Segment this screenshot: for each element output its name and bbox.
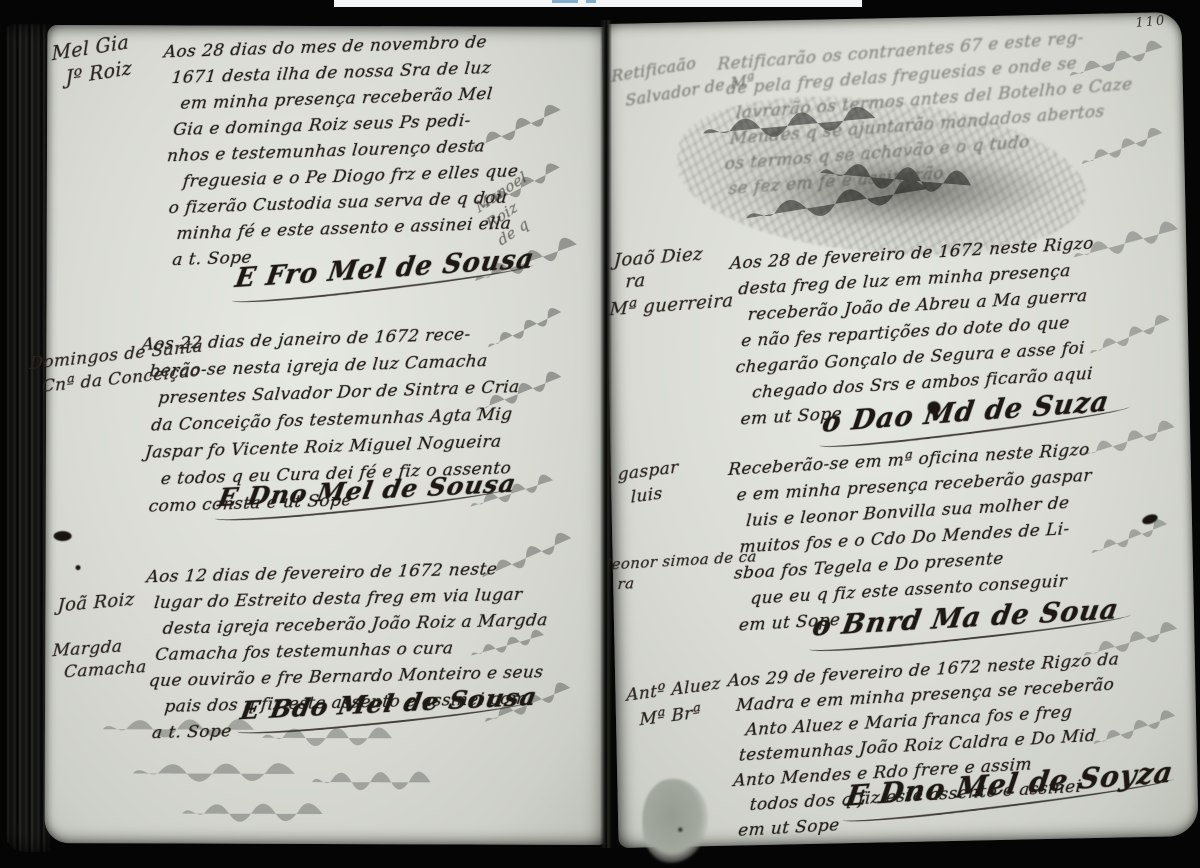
margin-note: MargdaCamacha <box>52 634 148 684</box>
page-right: 110 Retificarão os contraentes 67 e este… <box>601 12 1198 848</box>
manuscript-line: gaspar <box>618 455 679 487</box>
manuscript-line: o fizerão Custodia sua serva de q dou <box>168 185 515 222</box>
margin-note: RetificaãoSalvador de Mª <box>609 42 757 116</box>
margin-note: Mª guerreira <box>609 290 735 321</box>
blue-mark <box>586 0 596 3</box>
manuscript-line: Mª Brª <box>640 697 725 734</box>
page-left: Aos 28 dias do mes de novembro de1671 de… <box>45 25 610 845</box>
ghost-writing <box>1064 62 1199 784</box>
margin-note: gasparluis <box>616 456 683 511</box>
ink-blot <box>927 401 940 414</box>
blue-mark <box>552 0 578 3</box>
manuscript-line: Gia e dominga Roiz seus Ps pedi- <box>172 107 512 144</box>
page-gutter <box>600 20 612 848</box>
manuscript-line: Camacha <box>63 656 147 684</box>
ghost-writing <box>698 109 1081 257</box>
manuscript-line: em minha presença receberão Mel <box>179 81 511 117</box>
manuscript-line: ra <box>625 266 705 294</box>
margin-note: Domingos de SantaCnª da Conceiçao <box>28 335 206 400</box>
manuscript-line: Domingos de Santa <box>29 334 203 376</box>
manuscript-line: Retificaão <box>611 41 751 90</box>
manuscript-line: Margda <box>52 634 146 662</box>
manuscript-line: Joaõ Diez <box>613 244 703 273</box>
manuscript-line: e todos q eu Cura dei fé e fiz o assento <box>160 455 527 494</box>
manuscript-line: Mel Gia <box>51 29 129 67</box>
margin-note: leonor simoa de cara <box>606 546 759 594</box>
margin-note: Joã Roiz <box>57 588 136 618</box>
manuscript-line: 1671 desta ilha de nossa Sra de luz <box>170 55 510 92</box>
manuscript-line: Jº Roiz <box>65 55 133 92</box>
folio-number: 110 <box>1135 13 1167 31</box>
top-light-strip <box>334 0 862 7</box>
margin-note: Antº AluezMª Brª <box>625 671 726 735</box>
manuscript-line: nhos e testemunhas lourenço desta <box>166 133 513 170</box>
manuscript-line: ra <box>617 566 759 594</box>
ghost-writing <box>100 715 520 826</box>
ghost-writing <box>464 138 615 459</box>
manuscript-line: Aos 28 dias do mes de novembro de <box>163 29 510 66</box>
margin-note: Joaõ Diezra <box>613 244 705 294</box>
manuscript-line: Joã Roiz <box>57 588 135 619</box>
manuscript-line: Cnª da Conceiçao <box>42 358 206 399</box>
entry-body: Aos 28 dias do mes de novembro de1671 de… <box>163 29 515 274</box>
manuscript-line: Mª guerreira <box>609 290 734 321</box>
manuscript-line: leonor simoa de ca <box>606 546 758 575</box>
ink-blot <box>54 531 72 541</box>
manuscript-line: em ut Sope <box>737 795 1176 845</box>
manuscript-line: luis <box>631 479 682 510</box>
margin-note: Mel GiaJº Roiz <box>50 30 135 93</box>
book-binding-edge <box>4 24 50 852</box>
grey-stain <box>641 778 709 863</box>
manuscript-line: Antº Aluez <box>626 671 720 709</box>
ink-blot <box>76 565 81 570</box>
manuscript-photograph: Aos 28 dias do mes de novembro de1671 de… <box>0 0 1200 868</box>
